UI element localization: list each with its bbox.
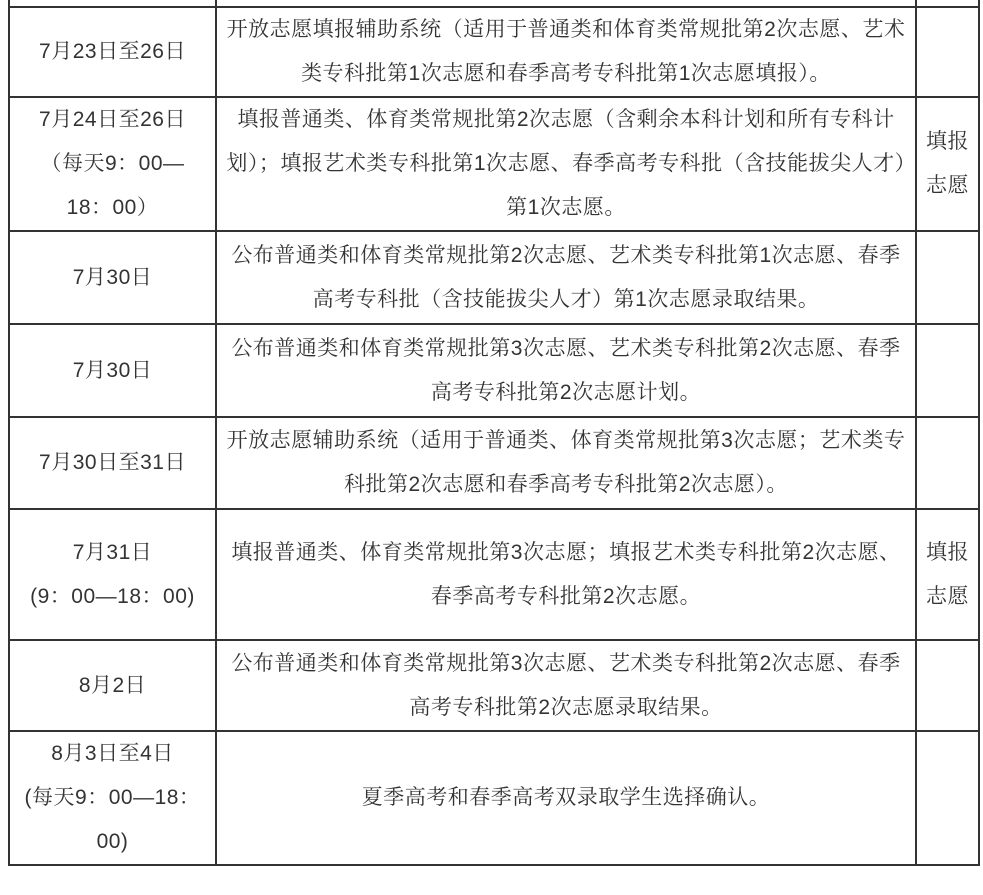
- table-row: 7月24日至26日（每天9：00—18：00） 填报普通类、体育类常规批第2次志…: [9, 97, 979, 231]
- description-cell: 公布普通类和体育类常规批第2次志愿、艺术类专科批第1次志愿、春季高考专科批（含技…: [216, 231, 916, 324]
- date-cell: 8月3日至4日 (每天9：00—18：00): [9, 731, 216, 865]
- date-cell: 7月31日 (9：00—18：00): [9, 509, 216, 640]
- phase-cell: [916, 231, 979, 324]
- description-cell: 夏季高考和春季高考双录取学生选择确认。: [216, 731, 916, 865]
- table-row: 8月3日至4日 (每天9：00—18：00) 夏季高考和春季高考双录取学生选择确…: [9, 731, 979, 865]
- table-row: 7月31日 (9：00—18：00) 填报普通类、体育类常规批第3次志愿；填报艺…: [9, 509, 979, 640]
- table-row: 7月30日 公布普通类和体育类常规批第2次志愿、艺术类专科批第1次志愿、春季高考…: [9, 231, 979, 324]
- date-cell: 7月24日至26日（每天9：00—18：00）: [9, 97, 216, 231]
- cropped-date-cell: [9, 0, 216, 7]
- phase-cell: [916, 417, 979, 509]
- cropped-previous-row: [9, 0, 979, 7]
- cropped-phase-cell: [916, 0, 979, 7]
- table-row: 7月30日至31日 开放志愿辅助系统（适用于普通类、体育类常规批第3次志愿；艺术…: [9, 417, 979, 509]
- phase-cell: 填报志愿: [916, 509, 979, 640]
- cropped-description-cell: [216, 0, 916, 7]
- table-row: 7月30日 公布普通类和体育类常规批第3次志愿、艺术类专科批第2次志愿、春季高考…: [9, 324, 979, 417]
- date-cell: 7月30日: [9, 324, 216, 417]
- phase-cell: 填报志愿: [916, 97, 979, 231]
- phase-cell: [916, 731, 979, 865]
- description-cell: 填报普通类、体育类常规批第3次志愿；填报艺术类专科批第2次志愿、春季高考专科批第…: [216, 509, 916, 640]
- phase-cell: [916, 324, 979, 417]
- schedule-table: 7月23日至26日 开放志愿填报辅助系统（适用于普通类和体育类常规批第2次志愿、…: [8, 0, 980, 866]
- table-row: 8月2日 公布普通类和体育类常规批第3次志愿、艺术类专科批第2次志愿、春季高考专…: [9, 640, 979, 731]
- description-cell: 开放志愿填报辅助系统（适用于普通类和体育类常规批第2次志愿、艺术类专科批第1次志…: [216, 7, 916, 97]
- description-cell: 公布普通类和体育类常规批第3次志愿、艺术类专科批第2次志愿、春季高考专科批第2次…: [216, 324, 916, 417]
- date-cell: 7月23日至26日: [9, 7, 216, 97]
- date-cell: 7月30日至31日: [9, 417, 216, 509]
- table-row: 7月23日至26日 开放志愿填报辅助系统（适用于普通类和体育类常规批第2次志愿、…: [9, 7, 979, 97]
- phase-cell: [916, 640, 979, 731]
- date-cell: 8月2日: [9, 640, 216, 731]
- description-cell: 填报普通类、体育类常规批第2次志愿（含剩余本科计划和所有专科计划）；填报艺术类专…: [216, 97, 916, 231]
- phase-cell: [916, 7, 979, 97]
- description-cell: 公布普通类和体育类常规批第3次志愿、艺术类专科批第2次志愿、春季高考专科批第2次…: [216, 640, 916, 731]
- description-cell: 开放志愿辅助系统（适用于普通类、体育类常规批第3次志愿；艺术类专科批第2次志愿和…: [216, 417, 916, 509]
- date-cell: 7月30日: [9, 231, 216, 324]
